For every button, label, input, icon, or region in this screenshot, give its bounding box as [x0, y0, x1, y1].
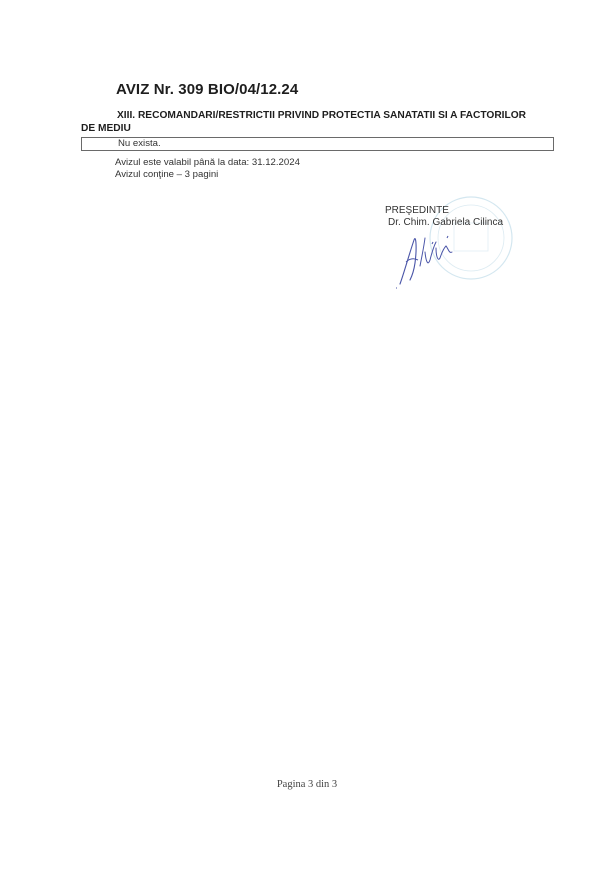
page-footer: Pagina 3 din 3	[0, 779, 614, 790]
section-content-box: Nu exista.	[81, 137, 554, 151]
section-heading-continuation: DE MEDIU	[81, 123, 131, 134]
validity-statement: Avizul este valabil până la data: 31.12.…	[115, 157, 300, 168]
handwritten-signature-icon	[392, 218, 462, 290]
page-count-statement: Avizul conţine – 3 pagini	[115, 169, 218, 180]
signatory-role: PREŞEDINTE	[385, 205, 449, 216]
document-title: AVIZ Nr. 309 BIO/04/12.24	[116, 81, 298, 98]
section-content-text: Nu exista.	[118, 138, 161, 149]
section-heading: XIII. RECOMANDARI/RESTRICTII PRIVIND PRO…	[117, 110, 526, 121]
